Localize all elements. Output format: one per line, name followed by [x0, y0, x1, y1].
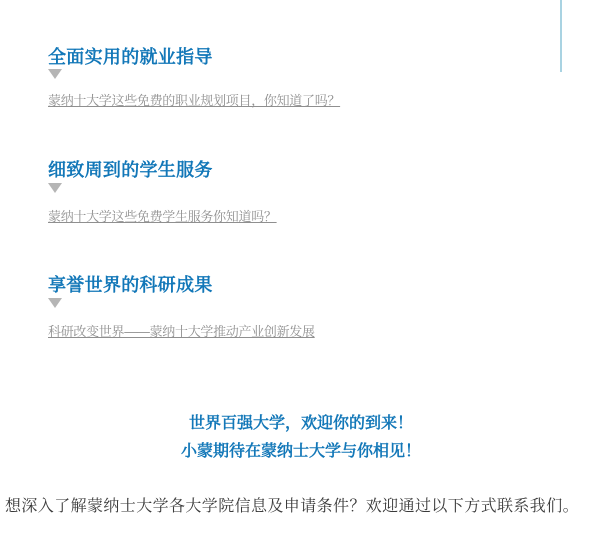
contact-prompt-text: 想深入了解蒙纳士大学各大学院信息及申请条件？欢迎通过以下方式联系我们。	[5, 493, 579, 516]
closing-line-2: 小蒙期待在蒙纳士大学与你相见！	[0, 438, 602, 466]
section-title-employment-guidance: 全面实用的就业指导	[48, 43, 213, 69]
section-link-research-innovation[interactable]: 科研改变世界——蒙纳十大学推动产业创新发展	[48, 321, 315, 340]
section-link-free-student-services[interactable]: 蒙纳十大学这些免费学生服务你知道吗？	[48, 206, 277, 225]
article-body: 全面实用的就业指导 蒙纳十大学这些免费的职业规划项目，你知道了吗？ 细致周到的学…	[0, 0, 602, 540]
closing-message: 世界百强大学，欢迎你的到来！ 小蒙期待在蒙纳士大学与你相见！	[0, 410, 602, 466]
down-triangle-icon	[48, 298, 62, 308]
section-title-student-services: 细致周到的学生服务	[48, 156, 213, 182]
down-triangle-icon	[48, 183, 62, 193]
scrollbar-thumb[interactable]	[560, 0, 562, 72]
closing-line-1: 世界百强大学，欢迎你的到来！	[0, 410, 602, 438]
down-triangle-icon	[48, 69, 62, 79]
section-title-research-achievements: 享誉世界的科研成果	[48, 271, 213, 297]
section-link-career-planning[interactable]: 蒙纳十大学这些免费的职业规划项目，你知道了吗？	[48, 90, 340, 109]
